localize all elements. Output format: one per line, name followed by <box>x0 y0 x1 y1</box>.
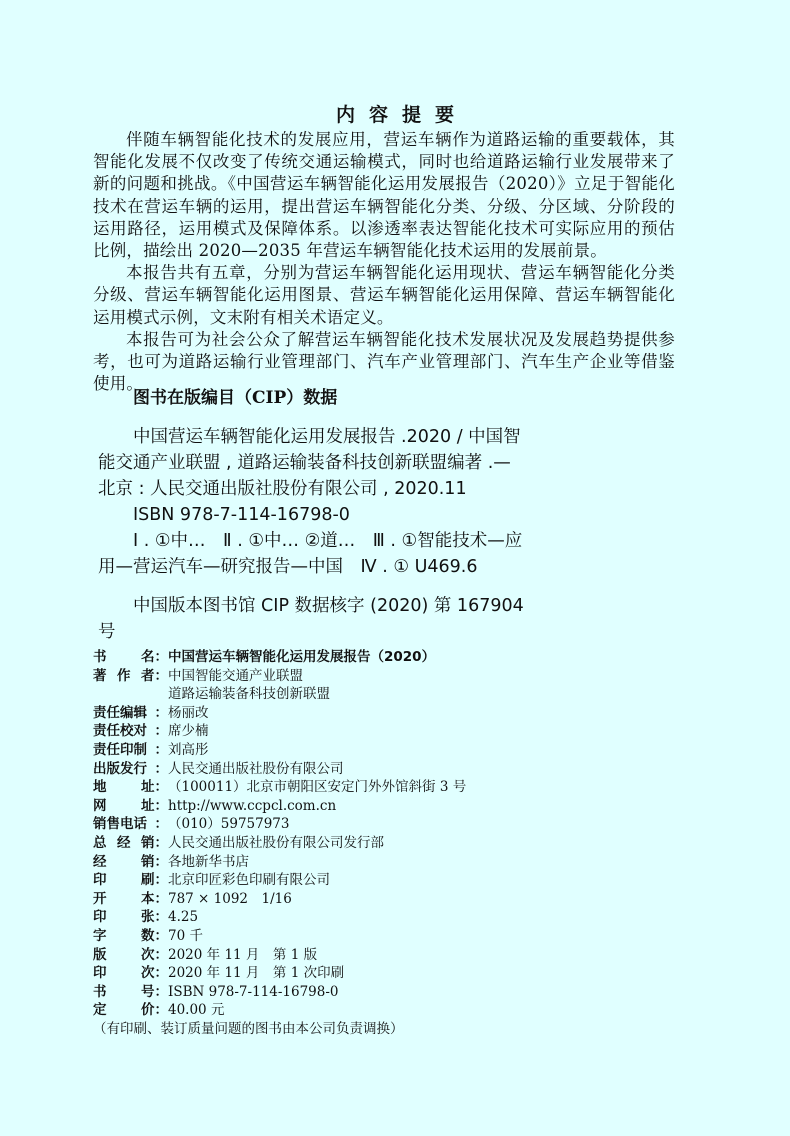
colophon-label: 书名： <box>93 648 168 667</box>
colophon-row: 印刷：北京印匠彩色印刷有限公司 <box>93 871 593 890</box>
colophon-row: 网址：http://www.ccpcl.com.cn <box>93 797 593 816</box>
colophon-label-char: 责任印制 <box>93 741 147 760</box>
colophon-label-char: 责任编辑 <box>93 704 147 723</box>
colophon-value: 席少楠 <box>168 722 209 741</box>
colophon-value: 人民交通出版社股份有限公司发行部 <box>168 834 384 853</box>
colophon-colon: ： <box>155 927 169 946</box>
colophon-value: 北京印匠彩色印刷有限公司 <box>168 871 330 890</box>
colophon-label-char: 字 <box>93 927 107 946</box>
colophon-colon: ： <box>155 834 169 853</box>
colophon-value: 刘高彤 <box>168 741 209 760</box>
colophon-label <box>93 685 168 704</box>
colophon-value: （010）59757973 <box>168 815 289 834</box>
colophon-label: 印次： <box>93 964 168 983</box>
colophon-label-char: 总 <box>93 834 107 853</box>
colophon-colon: ： <box>155 983 169 1002</box>
colophon-row: 印次：2020 年 11 月 第 1 次印刷 <box>93 964 593 983</box>
colophon-colon: ： <box>155 871 169 890</box>
colophon-label: 总经销： <box>93 834 168 853</box>
colophon-row: 责任印制：刘高彤 <box>93 741 593 760</box>
colophon-label-char: 数 <box>141 927 155 946</box>
colophon-row: 开本：787 × 1092 1/16 <box>93 890 593 909</box>
cip-classification: Ⅰ . ①中… Ⅱ . ①中… ②道… Ⅲ . ①智能技术—应 用—营运汽车—研… <box>98 528 538 580</box>
colophon-row: 字数：70 千 <box>93 927 593 946</box>
colophon-label-char: 网 <box>93 797 107 816</box>
colophon-value: ISBN 978-7-114-16798-0 <box>168 983 339 1002</box>
colophon-colon: ： <box>155 853 169 872</box>
summary-section: 伴随车辆智能化技术的发展应用，营运车辆作为道路运输的重要载体，其智能化发展不仅改… <box>93 129 675 395</box>
colophon-label-char: 作 <box>117 667 131 686</box>
colophon-label-char: 号 <box>141 983 155 1002</box>
colophon-label-char: 版 <box>93 946 107 965</box>
colophon-value: 中国营运车辆智能化运用发展报告（2020） <box>168 648 435 667</box>
colophon: 书名：中国营运车辆智能化运用发展报告（2020）著作者：中国智能交通产业联盟道路… <box>93 648 593 1038</box>
colophon-label-char: 本 <box>141 890 155 909</box>
colophon-colon: ： <box>155 890 169 909</box>
colophon-label: 定价： <box>93 1001 168 1020</box>
colophon-colon: ： <box>155 648 169 667</box>
cip-main-entry: 中国营运车辆智能化运用发展报告 .2020 / 中国智 能交通产业联盟 , 道路… <box>98 424 538 528</box>
colophon-label-char: 印 <box>93 871 107 890</box>
colophon-label-char: 地 <box>93 778 107 797</box>
cip-heading: 图书在版编目（CIP）数据 <box>133 383 337 408</box>
colophon-label: 著作者： <box>93 667 168 686</box>
colophon-label-char: 出版发行 <box>93 760 147 779</box>
colophon-label: 网址： <box>93 797 168 816</box>
colophon-value: 787 × 1092 1/16 <box>168 890 292 909</box>
colophon-colon: ： <box>155 815 169 834</box>
colophon-label: 责任编辑： <box>93 704 168 723</box>
colophon-label-char: 址 <box>141 778 155 797</box>
colophon-row: 道路运输装备科技创新联盟 <box>93 685 593 704</box>
copyright-page: 内容提要 伴随车辆智能化技术的发展应用，营运车辆作为道路运输的重要载体，其智能化… <box>0 0 790 1136</box>
colophon-value: 中国智能交通产业联盟 <box>168 667 303 686</box>
colophon-row: 书号：ISBN 978-7-114-16798-0 <box>93 983 593 1002</box>
colophon-label: 印张： <box>93 908 168 927</box>
cip-line: 能交通产业联盟 , 道路运输装备科技创新联盟编著 .— <box>98 450 538 476</box>
colophon-label-char: 书 <box>93 983 107 1002</box>
colophon-row: 总经销：人民交通出版社股份有限公司发行部 <box>93 834 593 853</box>
colophon-label-char: 刷 <box>141 871 155 890</box>
colophon-label: 责任印制： <box>93 741 168 760</box>
colophon-label-char: 销售电话 <box>93 815 147 834</box>
colophon-label-char: 经 <box>93 853 107 872</box>
cip-heading-suffix: ）数据 <box>286 388 337 408</box>
colophon-value: 2020 年 11 月 第 1 版 <box>168 946 317 965</box>
colophon-label: 经销： <box>93 853 168 872</box>
colophon-row: 书名：中国营运车辆智能化运用发展报告（2020） <box>93 648 593 667</box>
colophon-label-char: 责任校对 <box>93 722 147 741</box>
colophon-label: 责任校对： <box>93 722 168 741</box>
colophon-colon: ： <box>155 741 169 760</box>
colophon-colon: ： <box>155 704 169 723</box>
cip-line: 北京 : 人民交通出版社股份有限公司 , 2020.11 <box>98 476 538 502</box>
colophon-label-char: 张 <box>141 908 155 927</box>
colophon-value: 70 千 <box>168 927 203 946</box>
colophon-row: 版次：2020 年 11 月 第 1 版 <box>93 946 593 965</box>
colophon-label: 出版发行： <box>93 760 168 779</box>
colophon-label-char: 销 <box>141 834 155 853</box>
colophon-row: 著作者：中国智能交通产业联盟 <box>93 667 593 686</box>
colophon-value: 4.25 <box>168 908 198 927</box>
cip-heading-latin: CIP <box>252 388 286 408</box>
colophon-row: 经销：各地新华书店 <box>93 853 593 872</box>
colophon-row: 出版发行：人民交通出版社股份有限公司 <box>93 760 593 779</box>
cip-approval: 中国版本图书馆 CIP 数据核字 (2020) 第 167904 号 <box>98 593 538 645</box>
cip-heading-prefix: 图书在版编目（ <box>133 388 252 408</box>
colophon-label-char: 次 <box>141 964 155 983</box>
cip-isbn-line: ISBN 978-7-114-16798-0 <box>98 502 538 528</box>
cip-line: 用—营运汽车—研究报告—中国 Ⅳ . ① U469.6 <box>98 554 538 580</box>
colophon-label: 开本： <box>93 890 168 909</box>
colophon-value: （100011）北京市朝阳区安定门外外馆斜街 3 号 <box>168 778 466 797</box>
colophon-label-char: 开 <box>93 890 107 909</box>
colophon-label: 销售电话： <box>93 815 168 834</box>
colophon-value: http://www.ccpcl.com.cn <box>168 797 336 816</box>
colophon-label: 地址： <box>93 778 168 797</box>
colophon-colon: ： <box>155 797 169 816</box>
colophon-label: 版次： <box>93 946 168 965</box>
colophon-label-char: 名 <box>141 648 155 667</box>
colophon-row: 印张：4.25 <box>93 908 593 927</box>
colophon-row: 定价：40.00 元 <box>93 1001 593 1020</box>
colophon-label-char: 次 <box>141 946 155 965</box>
colophon-label-char: 者 <box>141 667 155 686</box>
colophon-label-char: 址 <box>141 797 155 816</box>
colophon-label: 字数： <box>93 927 168 946</box>
colophon-value: 40.00 元 <box>168 1001 224 1020</box>
colophon-label-char: 印 <box>93 964 107 983</box>
colophon-label-char: 价 <box>141 1001 155 1020</box>
cip-line: Ⅰ . ①中… Ⅱ . ①中… ②道… Ⅲ . ①智能技术—应 <box>98 528 538 554</box>
colophon-label: 书号： <box>93 983 168 1002</box>
colophon-label-char: 著 <box>93 667 107 686</box>
colophon-colon: ： <box>155 667 169 686</box>
colophon-value: 杨丽改 <box>168 704 209 723</box>
cip-approval-line: 中国版本图书馆 CIP 数据核字 (2020) 第 167904 号 <box>98 593 538 645</box>
colophon-label-char: 印 <box>93 908 107 927</box>
colophon-label-char: 书 <box>93 648 107 667</box>
colophon-label-char: 定 <box>93 1001 107 1020</box>
colophon-note: （有印刷、装订质量问题的图书由本公司负责调换） <box>93 1020 593 1039</box>
colophon-colon: ： <box>155 908 169 927</box>
colophon-colon: ： <box>155 722 169 741</box>
colophon-colon: ： <box>155 946 169 965</box>
summary-paragraph: 本报告共有五章，分别为营运车辆智能化运用现状、营运车辆智能化分类分级、营运车辆智… <box>93 262 675 329</box>
colophon-label-char: 经 <box>117 834 131 853</box>
colophon-value: 道路运输装备科技创新联盟 <box>168 685 330 704</box>
colophon-colon: ： <box>155 760 169 779</box>
summary-title: 内容提要 <box>0 100 790 127</box>
colophon-colon: ： <box>155 1001 169 1020</box>
summary-paragraph: 伴随车辆智能化技术的发展应用，营运车辆作为道路运输的重要载体，其智能化发展不仅改… <box>93 129 675 262</box>
colophon-colon: ： <box>155 964 169 983</box>
colophon-row: 销售电话：（010）59757973 <box>93 815 593 834</box>
colophon-row: 责任编辑：杨丽改 <box>93 704 593 723</box>
cip-line: 中国营运车辆智能化运用发展报告 .2020 / 中国智 <box>98 424 538 450</box>
colophon-colon: ： <box>155 778 169 797</box>
colophon-row: 地址：（100011）北京市朝阳区安定门外外馆斜街 3 号 <box>93 778 593 797</box>
colophon-value: 人民交通出版社股份有限公司 <box>168 760 344 779</box>
colophon-value: 各地新华书店 <box>168 853 249 872</box>
colophon-label-char: 销 <box>141 853 155 872</box>
colophon-label: 印刷： <box>93 871 168 890</box>
colophon-value: 2020 年 11 月 第 1 次印刷 <box>168 964 344 983</box>
colophon-row: 责任校对：席少楠 <box>93 722 593 741</box>
